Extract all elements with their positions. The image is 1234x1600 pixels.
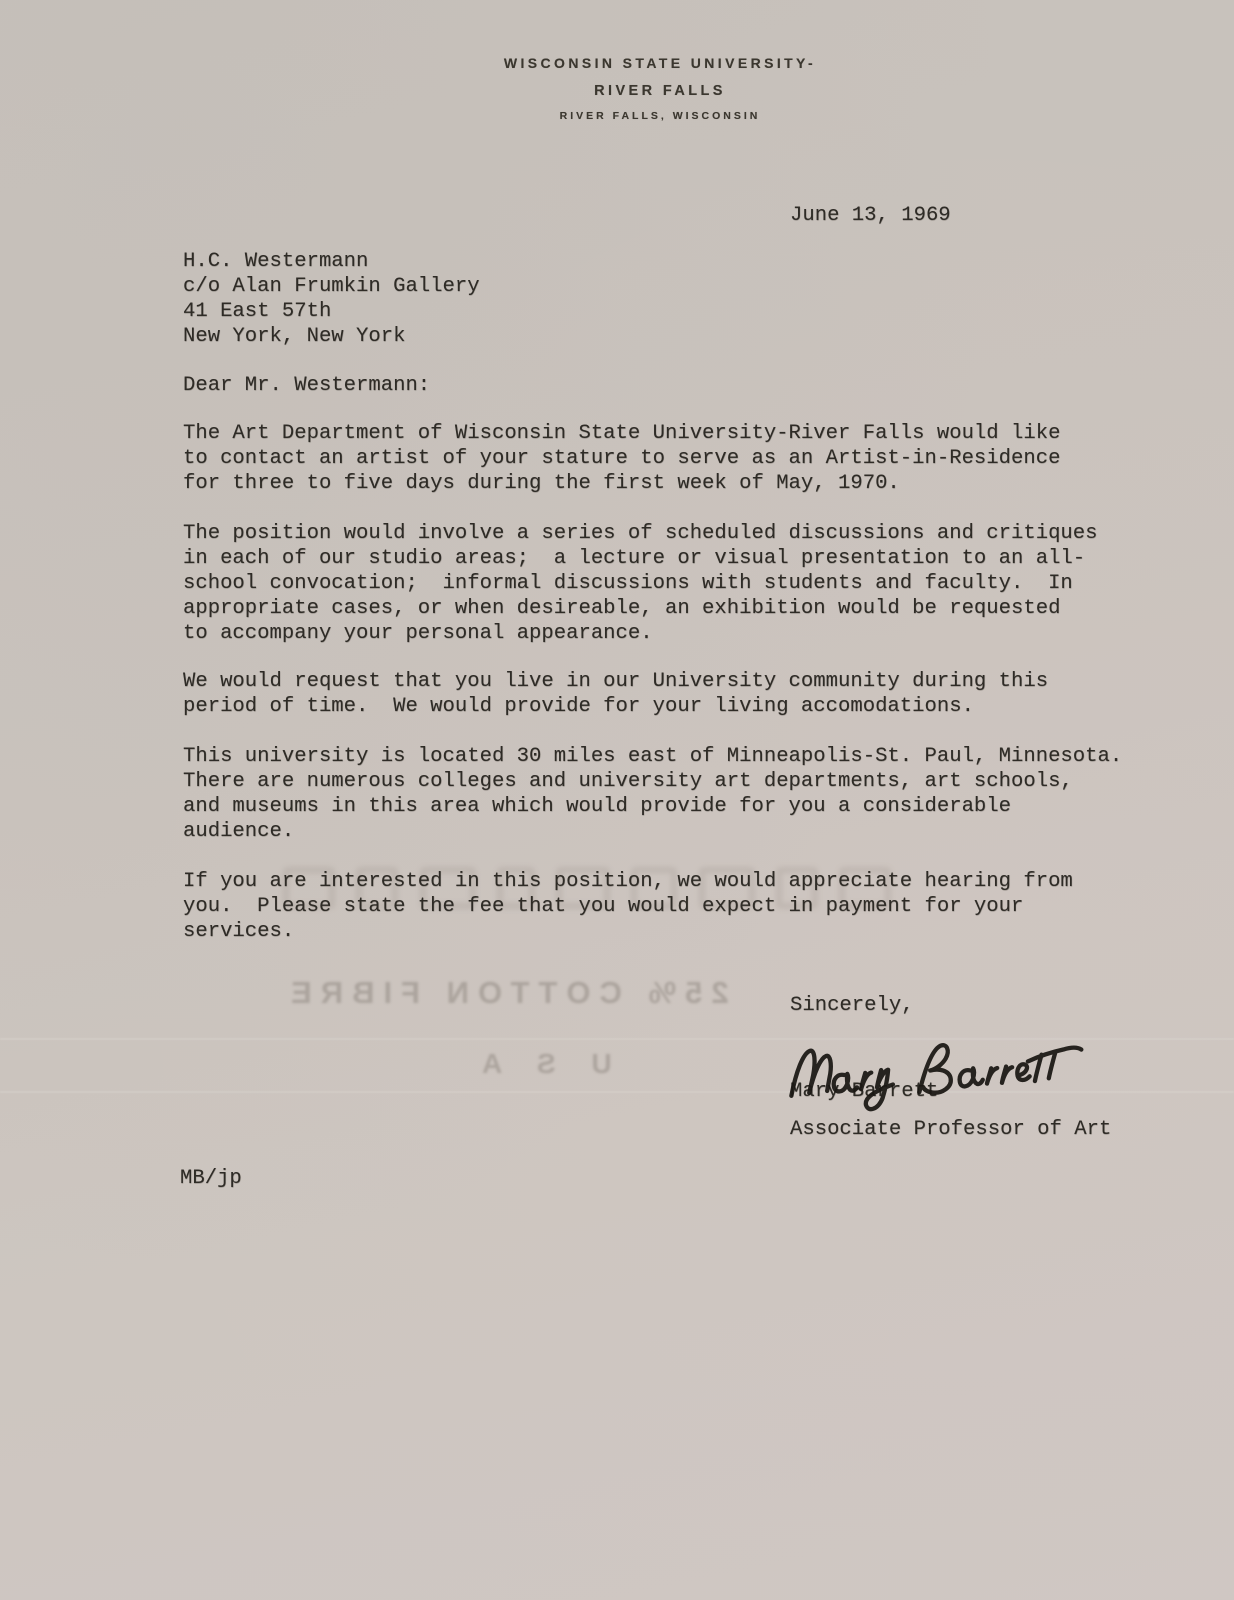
valediction: Sincerely, xyxy=(790,993,914,1018)
letterhead-city-state: RIVER FALLS, WISCONSIN xyxy=(86,110,1234,122)
signer-title: Associate Professor of Art xyxy=(790,1117,1111,1142)
body-paragraph-5: If you are interested in this position, … xyxy=(183,869,1073,944)
salutation: Dear Mr. Westermann: xyxy=(183,373,430,398)
date-line: June 13, 1969 xyxy=(790,203,951,228)
body-paragraph-3: We would request that you live in our Un… xyxy=(183,669,1048,719)
body-paragraph-2: The position would involve a series of s… xyxy=(183,521,1098,646)
letter-page: 25% COTTON FIBRE U S A WISCONSIN STATE U… xyxy=(0,0,1234,1600)
body-paragraph-1: The Art Department of Wisconsin State Un… xyxy=(183,421,1060,496)
letterhead-university-name: WISCONSIN STATE UNIVERSITY- xyxy=(86,55,1234,71)
signature-mary-barrett xyxy=(780,1020,1100,1112)
watermark-cotton-fibre: 25% COTTON FIBRE xyxy=(282,975,729,1011)
watermark-usa: U S A xyxy=(468,1048,612,1080)
reference-initials: MB/jp xyxy=(180,1166,242,1191)
body-paragraph-4: This university is located 30 miles east… xyxy=(183,744,1122,844)
recipient-address: H.C. Westermann c/o Alan Frumkin Gallery… xyxy=(183,249,480,349)
letterhead-campus: RIVER FALLS xyxy=(86,83,1234,99)
